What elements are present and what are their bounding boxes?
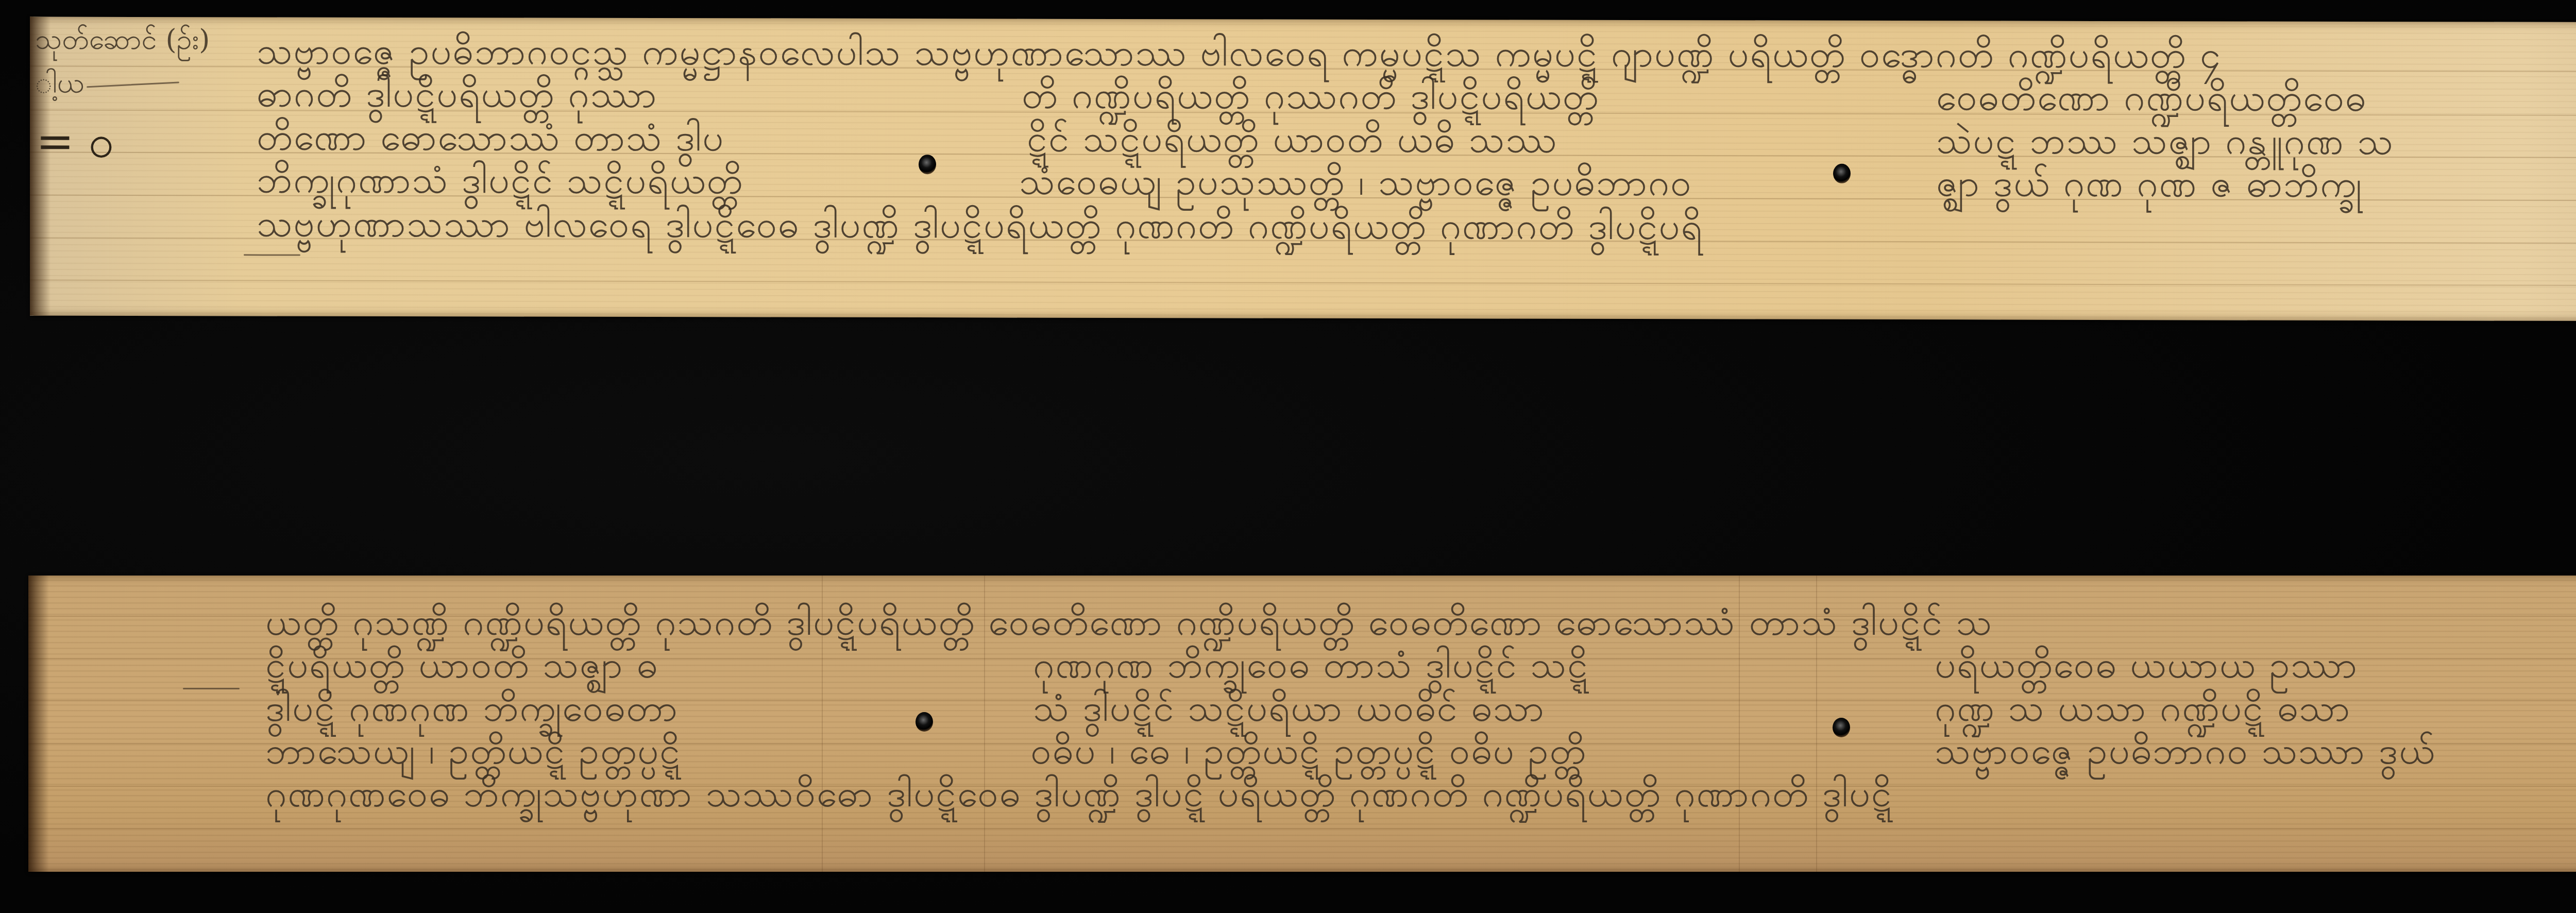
folio-number: = ၀ — [36, 112, 114, 179]
text-line-4-left: ဘိက္ခုဂုဏာသံ ဒွါပဋ္ဋိင် သဋ္ဋိပရိယတ္တိ — [257, 156, 744, 204]
text-line-4-right: ဇ္ဈာ ဒွယ် ဂုဏ ဂုဏ ဇ ဓာဘိက္ခု — [1936, 160, 2363, 207]
binding-hole-left — [919, 155, 936, 174]
text-line-3-middle: သံ ဒွါပဋ္ဋိင် သဋ္ဋိပရိယာ ယဝဓိင် ဓသာ — [1033, 685, 1545, 731]
text-line-4-middle: သံဝေဓယျ ဥပသုဿတ္တိ ၊ သဗ္ဗာဝဇ္ဇေ ဥပဓိဘာဂဝ — [1019, 158, 1692, 206]
text-line-2-left: ဋ္ဋိပရိယတ္တိ ယာဝတိ သဇ္ဈာ ဓ — [265, 641, 658, 688]
text-line-5: ဂုဏဂုဏဝေဓ ဘိက္ခုသဗ္ဗဟုဏာ သဿဝိဓော ဒွါပဋ္ဋ… — [265, 770, 2576, 817]
binding-hole-left — [916, 712, 933, 732]
text-line-4-left: ဘာသေယျ ၊ ဥတ္တိယဋ္ဋိ ဥတ္တပ္ပဋ္ဋိ — [265, 728, 681, 774]
margin-stroke — [183, 688, 240, 689]
ruling-line — [30, 279, 2576, 286]
binding-hole-right — [1833, 164, 1851, 183]
text-line-2-right: ဝေဓတိဏော ဂဏ္ဍိပရိယတ္တိဝေဓ — [1936, 74, 2367, 121]
text-line-3-left: ဒွါပဋ္ဋိ ဂုဏဂုဏ ဘိက္ခုဝေဓတာ — [265, 685, 679, 731]
text-line-5: သဗ္ဗဟုဏာသဿာ ဗါလဝေရ ဒွါပဋ္ဋိဝေဓ ဒွါပဏ္ဍိ … — [257, 200, 2576, 251]
text-line-1: ယတ္တိ ဂုသဏ္ဍိ ဂဏ္ဍိပရိယတ္တိ ဂုသဂတိ ဒွါပဋ… — [265, 599, 2576, 645]
margin-stroke — [87, 81, 179, 88]
underline-stroke — [244, 254, 300, 256]
text-line-2-middle: တိ ဂဏ္ဍိပရိယတ္တိ ဂုဿဂတိ ဒွါပဋ္ဋိပရိယတ္တိ — [1022, 72, 1600, 120]
text-line-4-middle: ဝဓိပ ၊ ဓေ ၊ ဥတ္တိယဋ္ဋိ ဥတ္တပ္ပဋ္ဋိ ဝဓိပ … — [1030, 728, 1587, 774]
margin-note-second: ါ့ယ — [35, 66, 84, 107]
text-line-3-right: သဲပဋ္ဋ ဘဿ သဇ္ဈာ ဂန္တူဂုဏ သ — [1936, 117, 2394, 164]
palm-leaf-bottom: ယတ္တိ ဂုသဏ္ဍိ ဂဏ္ဍိပရိယတ္တိ ဂုသဂတိ ဒွါပဋ… — [28, 576, 2576, 872]
text-line-3-right: ဂုဏ္ဍ သ ယသာ ဂဏ္ဍိပဋ္ဋိ ဓသာ — [1935, 685, 2351, 731]
text-line-2-left: ဓာဂတိ ဒွါပဋ္ဋိပရိယတ္တိ ဂုဿာ — [257, 70, 657, 117]
ruling-line — [28, 828, 2576, 829]
palm-leaf-top: သုတ်ဆောင် (ဉ်း) ါ့ယ = ၀ သဗ္ဗာဝဇ္ဇေ ဥပဓိဘ… — [30, 16, 2576, 321]
margin-note-title: သုတ်ဆောင် (ဉ်း) — [35, 22, 210, 63]
text-line-3-left: တိဏော ဓောသောဿံ တာသံ ဒွါပ — [257, 113, 724, 161]
burnt-edge — [28, 576, 49, 872]
text-line-4-right: သဗ္ဗာဝဇ္ဇေ ဥပဓိဘာဂဝ သဿာ ဒွယ် — [1935, 728, 2436, 774]
text-line-2-middle: ဂုဏဂုဏ ဘိက္ခုဝေဓ တာသံ ဒွါပဋ္ဋိင် သဋ္ဋိ — [1033, 641, 1589, 688]
text-line-2-right: ပရိယတ္တိဝေဓ ယယာယ ဥဿာ — [1935, 641, 2358, 688]
binding-hole-right — [1833, 718, 1850, 737]
text-line-3-middle: ဋ္ဋိင် သဋ္ဋိပရိယတ္တိ ယာဝတိ ယဓိ သဿ — [1027, 115, 1558, 163]
